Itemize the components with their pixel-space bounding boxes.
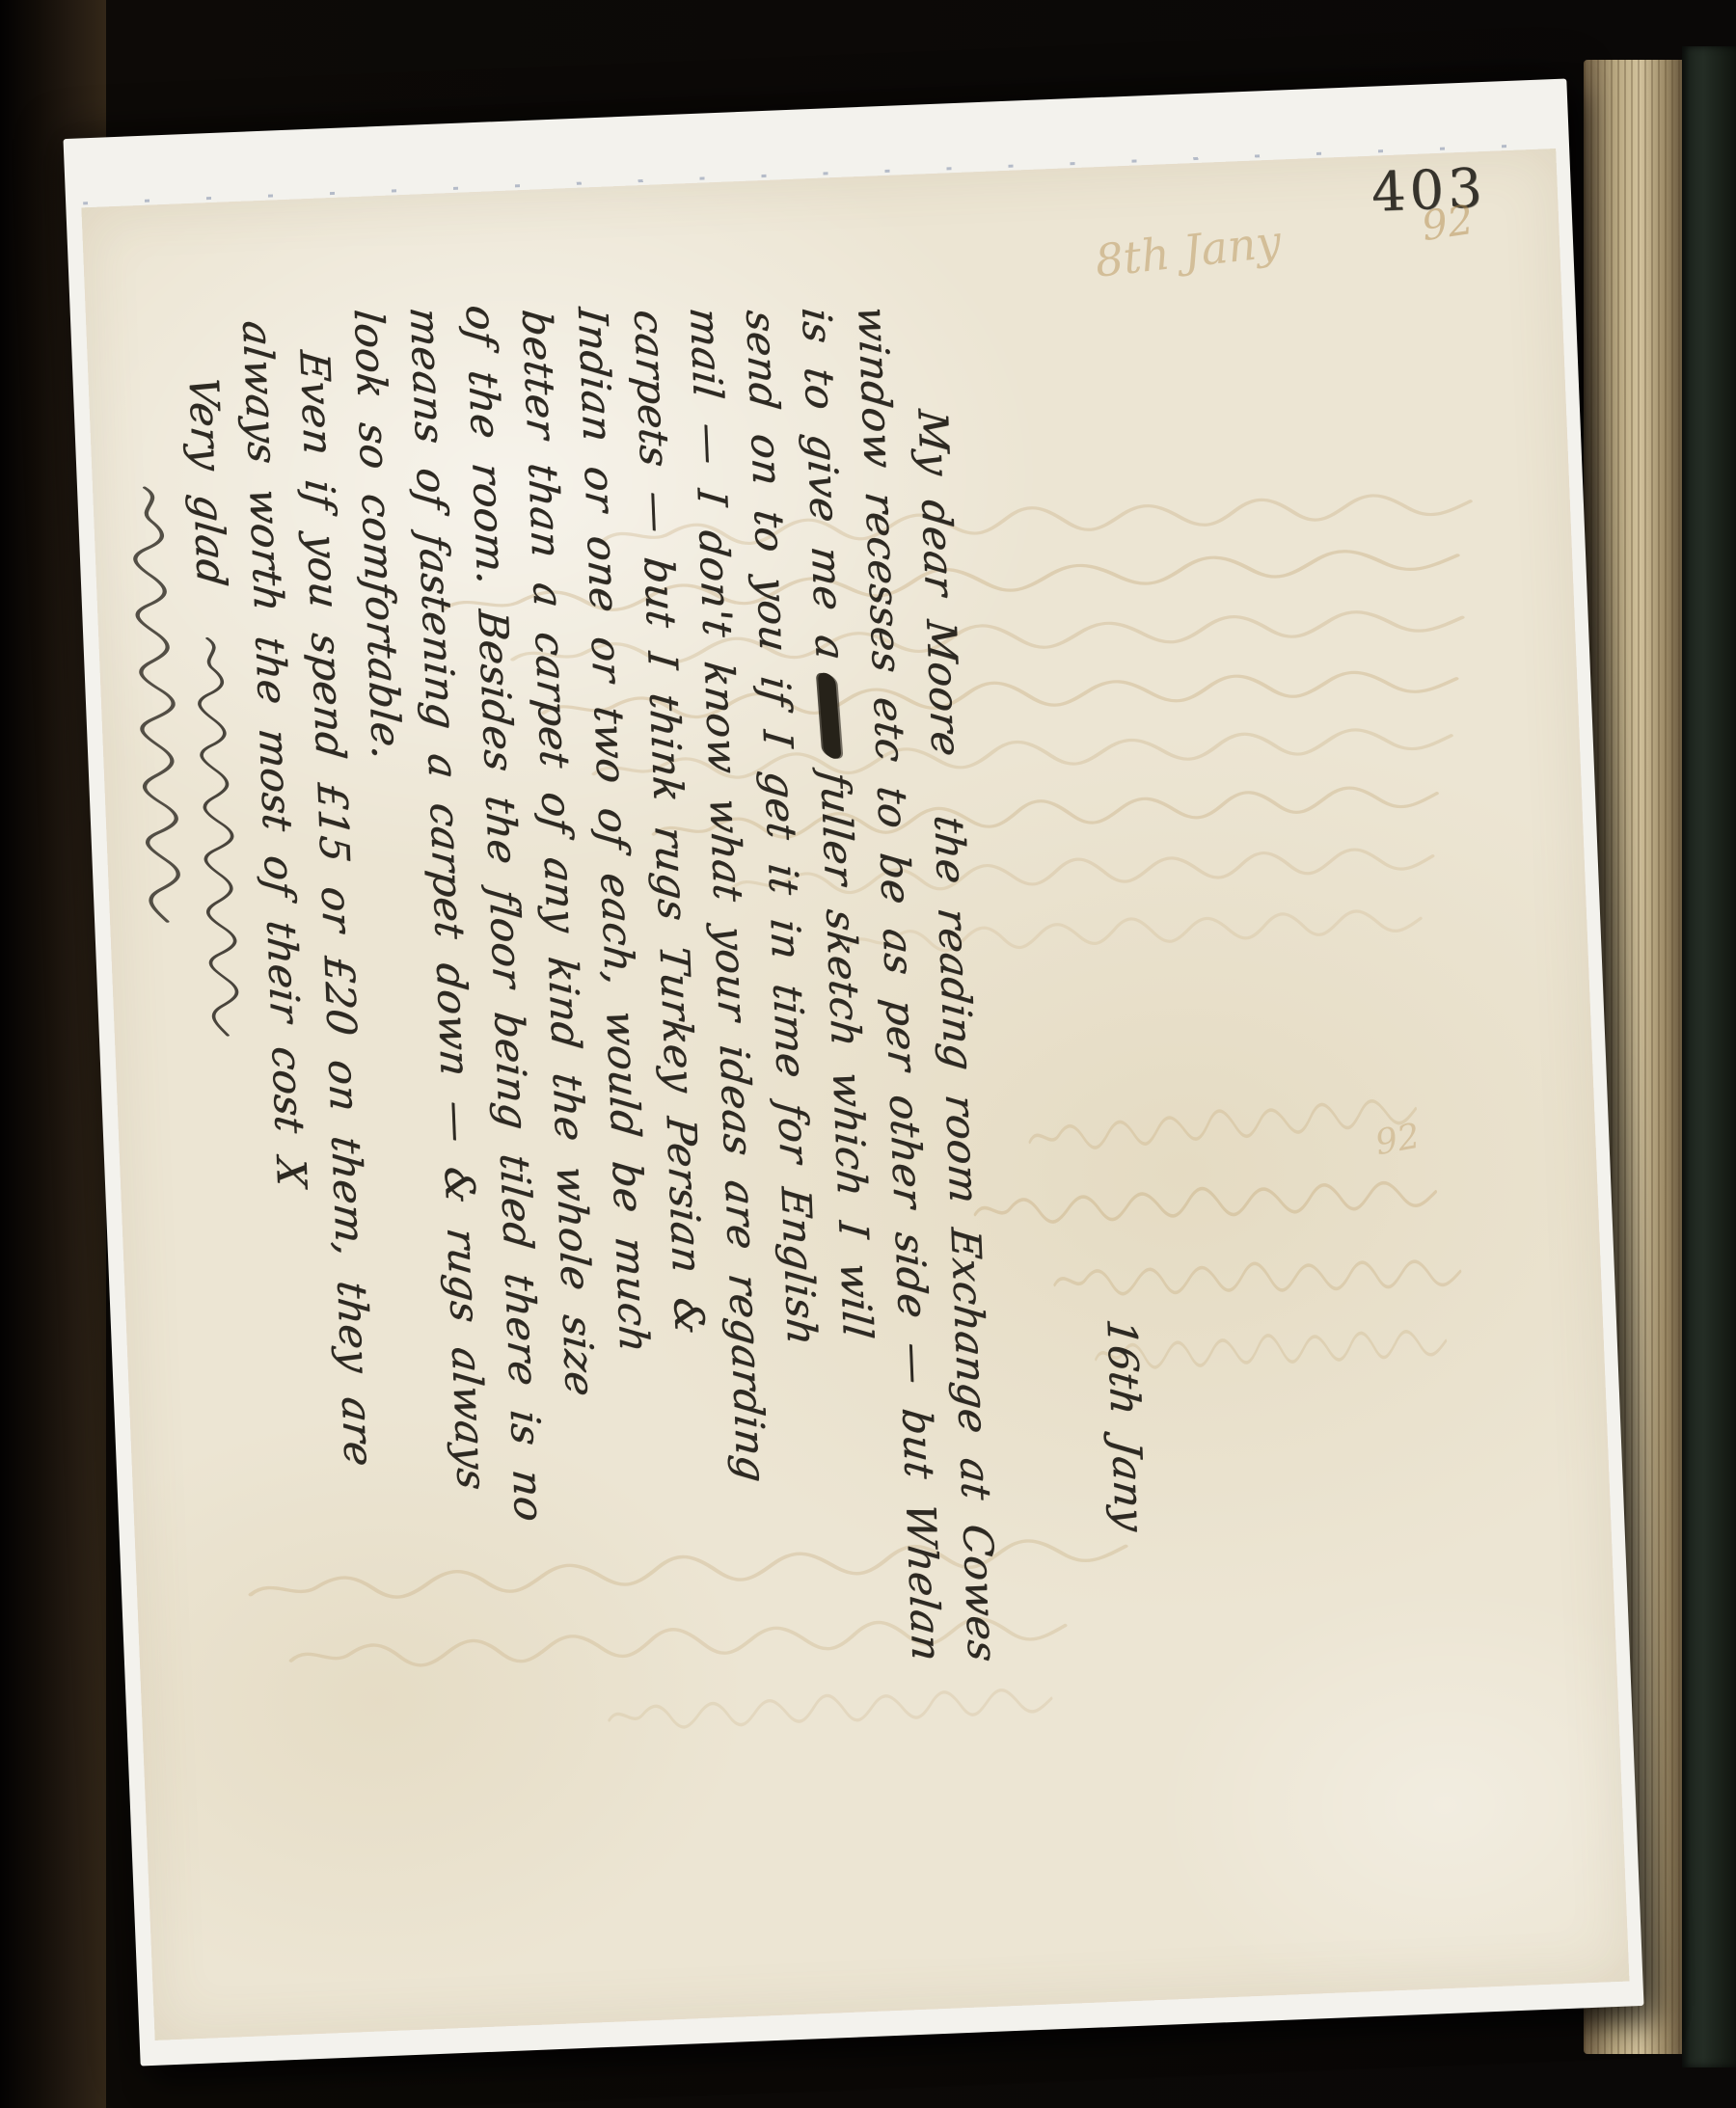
salutation-text: My dear Moore (909, 408, 970, 759)
signature-flourish (194, 634, 243, 1051)
ink-strikeout (818, 670, 842, 761)
ghost-script-line (242, 1530, 1158, 1608)
letter-page: 403 8th Jany 92 92 16th Jany (81, 149, 1629, 2040)
letter-line-part: is to give me a (793, 307, 854, 662)
ghost-script-line (605, 1684, 1069, 1733)
book-back-cover (1682, 46, 1736, 2067)
ghost-year-fragment: 92 (1419, 196, 1477, 250)
ghost-date-fragment: 8th Jany (1093, 215, 1284, 287)
page-stack: 403 8th Jany 92 92 16th Jany (63, 79, 1643, 2067)
letter-block: 16th Jany My dear Moorethe reading room … (114, 196, 1157, 1546)
scan-frame: 403 8th Jany 92 92 16th Jany (0, 0, 1736, 2108)
signature-flourish-tail (129, 482, 186, 939)
letter-dateline: 16th Jany (1093, 1316, 1156, 1510)
closing-text: Very glad (179, 374, 235, 588)
